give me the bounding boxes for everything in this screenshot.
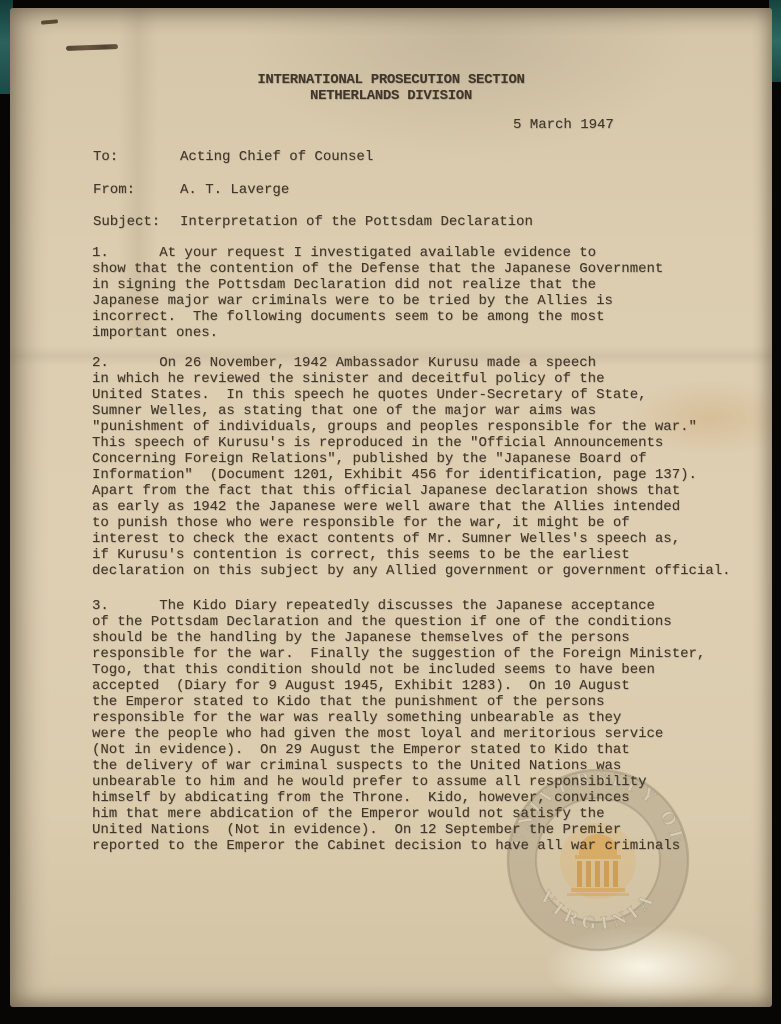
memo-to-row: To: Acting Chief of Counsel [93, 149, 373, 165]
memo-subject-row: Subject: Interpretation of the Pottsdam … [93, 214, 533, 230]
division-name: NETHERLANDS DIVISION [10, 88, 772, 104]
paragraph-3: 3. The Kido Diary repeatedly discusses t… [92, 598, 781, 854]
from-label: From: [93, 182, 180, 198]
paragraph-1: 1. At your request I investigated availa… [92, 245, 781, 341]
date-line: 5 March 1947 [513, 117, 614, 133]
scanned-document-screenshot: UNIVERSITY OF VIRGINIA INTERNATIONAL PRO… [0, 0, 781, 1024]
letterhead: INTERNATIONAL PROSECUTION SECTION NETHER… [10, 72, 772, 104]
subject-label: Subject: [93, 214, 180, 230]
paragraph-2: 2. On 26 November, 1942 Ambassador Kurus… [92, 355, 781, 579]
org-name: INTERNATIONAL PROSECUTION SECTION [10, 72, 772, 88]
from-value: A. T. Laverge [180, 182, 289, 198]
to-label: To: [93, 149, 180, 165]
subject-value: Interpretation of the Pottsdam Declarati… [180, 214, 533, 230]
to-value: Acting Chief of Counsel [180, 149, 373, 165]
memo-from-row: From: A. T. Laverge [93, 182, 289, 198]
